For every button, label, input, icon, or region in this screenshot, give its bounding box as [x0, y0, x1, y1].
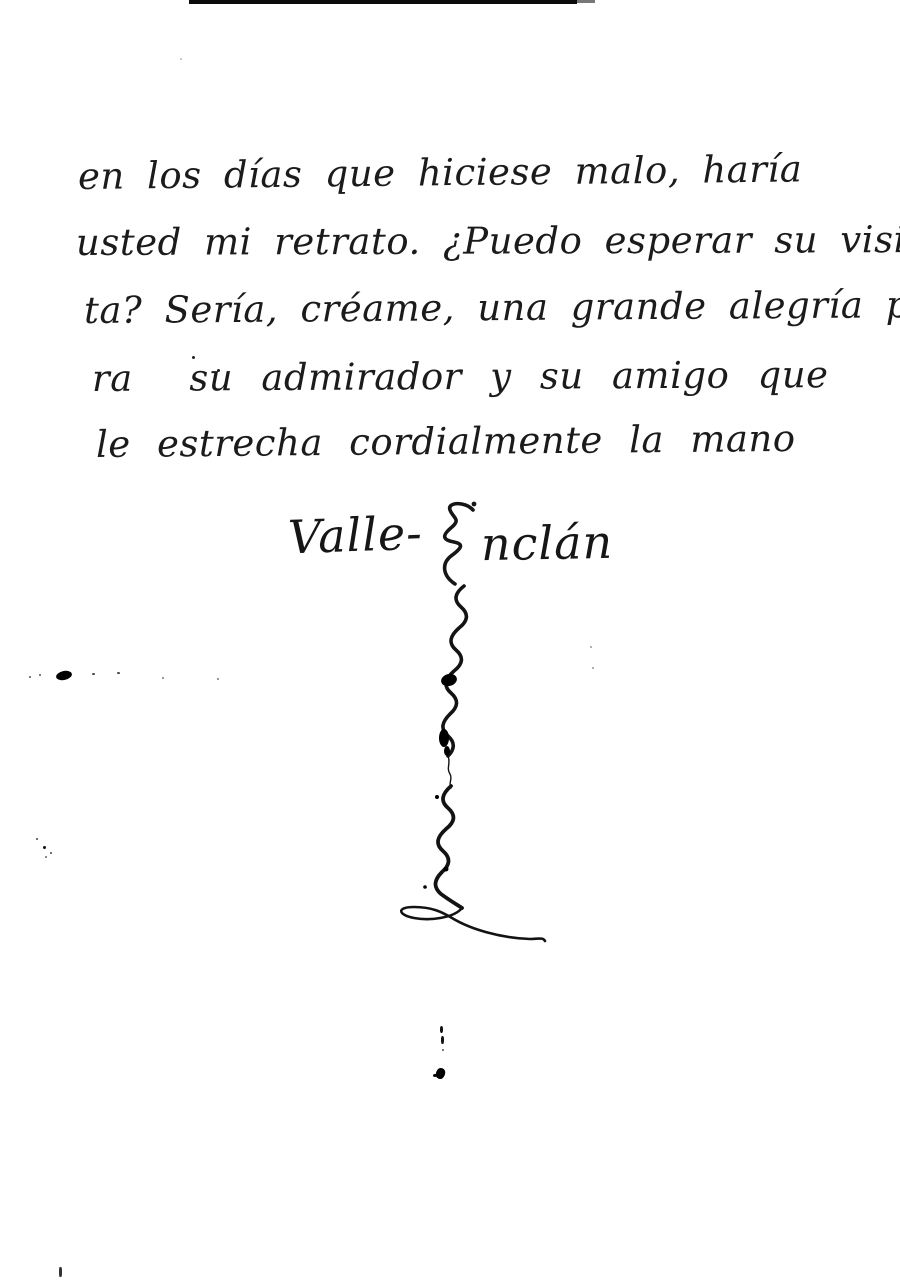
signature: Valle- nclán [288, 498, 613, 588]
scan-speck [590, 646, 592, 648]
rubric-ink-blot-1 [440, 672, 459, 688]
small-mark-below-rubric [441, 1036, 444, 1044]
stray-ink-dot [192, 356, 195, 359]
letter-line-2: usted mi retrato. ¿Puedo esperar su visi… [76, 219, 900, 264]
letter-line-4: ra su admirador y su amigo que [92, 354, 829, 400]
scan-speck [92, 673, 95, 675]
stray-ink-dot [217, 369, 220, 372]
ink-blot-left-margin [55, 669, 73, 681]
scan-speck [592, 667, 594, 669]
scan-speck [29, 676, 31, 678]
scan-top-edge-bar [189, 0, 577, 4]
lower-left-speck [36, 838, 38, 840]
lower-left-speck [43, 846, 46, 849]
letter-line-5: le estrecha cordialmente la mano [96, 418, 796, 467]
scan-speck [117, 672, 120, 674]
letter-page: en los días que hiciese malo, haría uste… [0, 0, 900, 1284]
signature-rubric-flourish [380, 580, 580, 960]
asterisk-ink-spot-prong [433, 1074, 437, 1077]
scan-speck [180, 58, 182, 60]
signature-prefix: Valle- [287, 510, 423, 561]
bottom-left-dash [59, 1267, 62, 1277]
scan-speck [217, 678, 219, 680]
lower-left-speck [50, 852, 52, 854]
scan-speck [162, 677, 164, 679]
letter-line-1: en los días que hiciese malo, haría [78, 148, 803, 198]
letter-line-3: ta? Sería, créame, una grande alegría pa… [84, 284, 900, 333]
scan-top-edge-bar-tail [577, 0, 595, 3]
small-mark-below-rubric [440, 1026, 443, 1033]
lower-left-speck [45, 856, 47, 858]
scan-speck [39, 674, 41, 676]
rubric-ink-blot-2 [439, 729, 449, 747]
signature-initial-glyph [433, 498, 479, 588]
signature-rest: nclán [480, 519, 613, 567]
small-mark-below-rubric [442, 1049, 444, 1051]
